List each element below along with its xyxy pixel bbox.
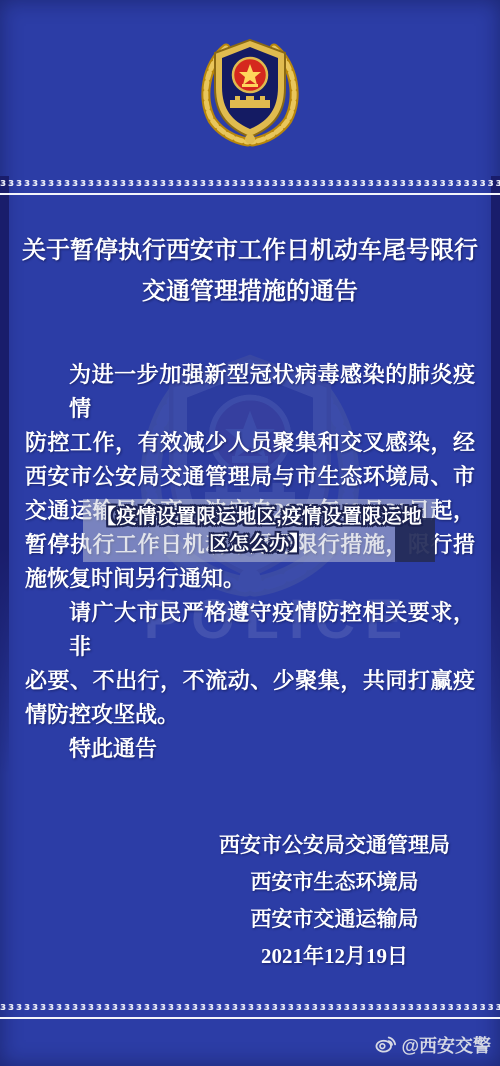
signature-line: 西安市交通运输局	[219, 901, 450, 938]
side-strip-right	[491, 176, 500, 776]
notice-title-line2: 交通管理措施的通告	[12, 271, 488, 312]
rope-pattern: ɜɜɜɜɜɜɜɜɜɜɜɜɜɜɜɜɜɜɜɜɜɜɜɜɜɜɜɜɜɜɜɜɜɜɜɜɜɜɜɜ…	[0, 1000, 500, 1015]
body-closing: 特此通告	[25, 732, 475, 766]
notice-poster: ɜɜɜɜɜɜɜɜɜɜɜɜɜɜɜɜɜɜɜɜɜɜɜɜɜɜɜɜɜɜɜɜɜɜɜɜɜɜɜɜ…	[0, 0, 500, 1066]
police-badge-emblem	[189, 28, 311, 153]
weibo-credit: @西安交警	[375, 1032, 491, 1058]
divider-line	[0, 193, 500, 195]
search-caption-overlay: 【疫情设置限运地区,疫情设置限运地 区怎么办】	[83, 499, 435, 562]
overlay-caption-line1: 【疫情设置限运地区,疫情设置限运地	[83, 504, 435, 531]
signature-line: 西安市公安局交通管理局	[219, 827, 450, 864]
divider-line	[0, 1017, 500, 1019]
weibo-credit-text: @西安交警	[401, 1032, 491, 1058]
signature-date: 2021年12月19日	[219, 938, 450, 975]
body-line: 情防控攻坚战。	[25, 698, 475, 732]
notice-body: 为进一步加强新型冠状病毒感染的肺炎疫情 防控工作，有效减少人员聚集和交叉感染，经…	[25, 358, 475, 766]
body-line: 必要、不出行，不流动、少聚集，共同打赢疫	[25, 664, 475, 698]
notice-title-line1: 关于暂停执行西安市工作日机动车尾号限行	[12, 230, 488, 271]
weibo-icon	[375, 1033, 397, 1058]
body-line: 施恢复时间另行通知。	[25, 562, 475, 596]
signature-block: 西安市公安局交通管理局 西安市生态环境局 西安市交通运输局 2021年12月19…	[219, 827, 450, 975]
rope-pattern: ɜɜɜɜɜɜɜɜɜɜɜɜɜɜɜɜɜɜɜɜɜɜɜɜɜɜɜɜɜɜɜɜɜɜɜɜɜɜɜɜ…	[0, 176, 500, 191]
body-line: 西安市公安局交通管理局与市生态环境局、市	[25, 460, 475, 494]
signature-line: 西安市生态环境局	[219, 864, 450, 901]
body-line: 请广大市民严格遵守疫情防控相关要求，非	[25, 596, 475, 664]
body-line: 防控工作，有效减少人员聚集和交叉感染，经	[25, 426, 475, 460]
notice-title: 关于暂停执行西安市工作日机动车尾号限行 交通管理措施的通告	[12, 230, 488, 312]
body-line: 为进一步加强新型冠状病毒感染的肺炎疫情	[25, 358, 475, 426]
overlay-caption-line2: 区怎么办】	[83, 531, 435, 558]
side-strip-left	[0, 176, 9, 776]
rope-divider-top: ɜɜɜɜɜɜɜɜɜɜɜɜɜɜɜɜɜɜɜɜɜɜɜɜɜɜɜɜɜɜɜɜɜɜɜɜɜɜɜɜ…	[0, 176, 500, 195]
rope-divider-bottom: ɜɜɜɜɜɜɜɜɜɜɜɜɜɜɜɜɜɜɜɜɜɜɜɜɜɜɜɜɜɜɜɜɜɜɜɜɜɜɜɜ…	[0, 1000, 500, 1019]
